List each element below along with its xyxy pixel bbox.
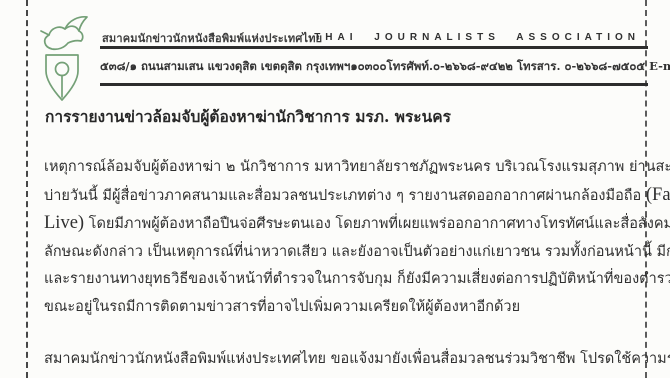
scanned-document-page: สมาคมนักข่าวนักหนังสือพิมพ์แห่งประเทศไทย… [0, 0, 670, 378]
paragraph-line: สมาคมนักข่าวนักหนังสือพิมพ์แห่งประเทศไทย… [44, 346, 640, 374]
paragraph-line: ขณะอยู่ในรถมีการติดตามข่าวสารที่อาจไปเพิ… [44, 294, 640, 322]
paragraph-line-thai-text: บ่ายวันนี้ มีผู้สื่อข่าวภาคสนามและสื่อมว… [44, 188, 641, 204]
document-title: การรายงานข่าวล้อมจับผู้ต้องหาฆ่านักวิชาก… [45, 104, 451, 129]
paragraph-line: ลักษณะดังกล่าว เป็นเหตุการณ์ที่น่าหวาดเส… [44, 239, 640, 267]
paragraph-1: เหตุการณ์ล้อมจับผู้ต้องหาฆ่า ๒ นักวิชากา… [44, 154, 640, 322]
tja-dove-pen-logo-icon [32, 13, 92, 103]
page-left-edge-line [26, 0, 28, 378]
org-name-thai: สมาคมนักข่าวนักหนังสือพิมพ์แห่งประเทศไทย [102, 29, 322, 47]
facebook-live-latin-text: Live) [44, 213, 84, 233]
paragraph-line: เหตุการณ์ล้อมจับผู้ต้องหาฆ่า ๒ นักวิชากา… [44, 154, 640, 182]
paragraph-2: สมาคมนักข่าวนักหนังสือพิมพ์แห่งประเทศไทย… [44, 346, 640, 374]
paragraph-line: และรายงานทางยุทธวิธีของเจ้าหน้าที่ตำรวจใ… [44, 266, 640, 294]
facebook-live-latin-text: (Facebook [646, 185, 670, 205]
paragraph-line: บ่ายวันนี้ มีผู้สื่อข่าวภาคสนามและสื่อมว… [44, 182, 640, 211]
header-rule-bottom [100, 83, 648, 86]
org-name-english: THAI JOURNALISTS ASSOCIATION [314, 32, 640, 43]
header-rule-top [100, 46, 648, 49]
paragraph-line: Live) โดยมีภาพผู้ต้องหาถือปืนจ่อศีรษะตนเ… [44, 210, 640, 239]
address-contact-line: ๕๓๘/๑ ถนนสามเสน แขวงดุสิต เขตดุสิต กรุงเ… [100, 58, 648, 76]
paragraph-line-thai-text: โดยมีภาพผู้ต้องหาถือปืนจ่อศีรษะตนเอง โดย… [89, 216, 670, 232]
